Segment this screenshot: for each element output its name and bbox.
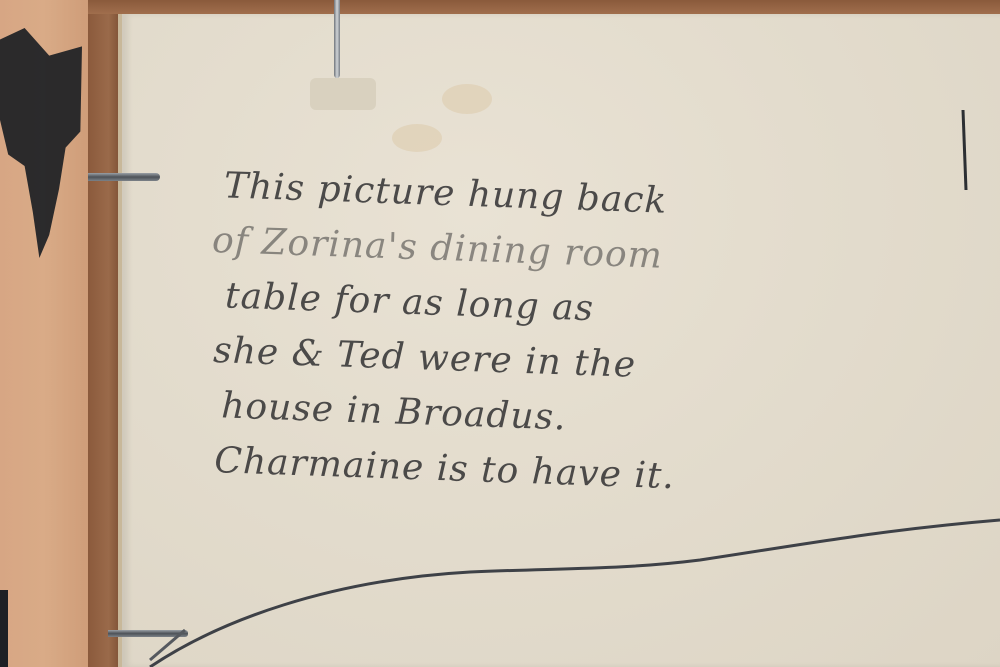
frame-inner-edge xyxy=(88,0,122,667)
black-stain-lower xyxy=(0,590,8,667)
nail-top xyxy=(334,0,340,78)
water-stain xyxy=(392,124,442,152)
handwritten-note: This picture hung back of Zorina's dinin… xyxy=(203,158,854,510)
nail-bottom xyxy=(108,630,188,637)
water-stain xyxy=(442,84,492,114)
frame-wood-top xyxy=(88,0,1000,14)
nail-left xyxy=(88,173,160,181)
photo-scene: This picture hung back of Zorina's dinin… xyxy=(0,0,1000,667)
nail-patch xyxy=(310,78,376,110)
